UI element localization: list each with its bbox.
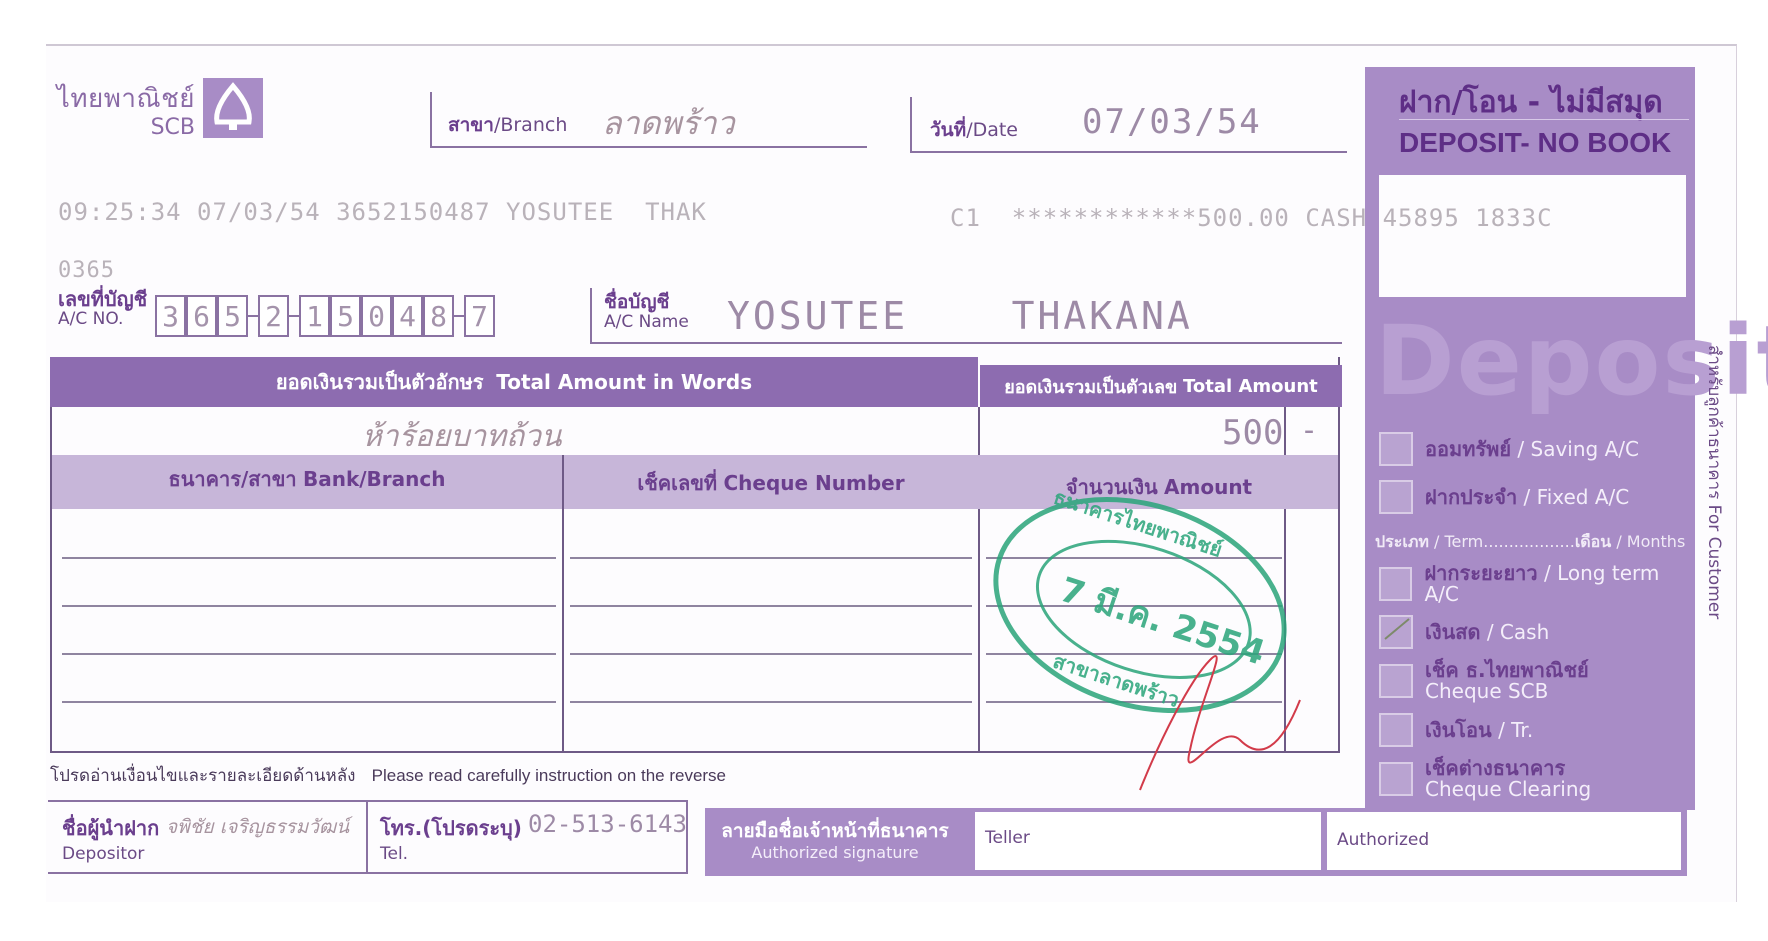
form-title-en: DEPOSIT- NO BOOK — [1399, 127, 1671, 159]
checkbox[interactable] — [1379, 567, 1412, 601]
checkbox[interactable] — [1379, 762, 1413, 796]
account-digit-box[interactable]: 6 — [186, 295, 217, 337]
payment-type-option[interactable]: เงินโอน / Tr. — [1379, 707, 1591, 753]
account-digit-box[interactable]: 4 — [392, 295, 423, 337]
term-line: ประเภท / Term..................เดือน / M… — [1375, 530, 1685, 555]
total-amount-value: 500 — [1222, 413, 1283, 453]
account-digit-box[interactable]: 8 — [423, 295, 454, 337]
account-digit-box[interactable]: 5 — [217, 295, 248, 337]
teller-signature — [1130, 640, 1310, 800]
date-value: 07/03/54 — [1082, 102, 1262, 142]
machine-print-line1-right: C1 ************500.00 CASH 45895 1833C — [950, 204, 1553, 232]
amount-words-value: ห้าร้อยบาทถ้วน — [362, 413, 562, 460]
total-header: ยอดเงินรวมเป็นตัวเลข Total Amount — [980, 365, 1342, 407]
depositor-value: จพิชัย เจริญธรรมวัฒน์ — [166, 812, 349, 842]
bank-name-th: ไทยพาณิชย์ — [52, 78, 195, 119]
scb-leaf-icon — [203, 78, 263, 138]
machine-print-line1: 09:25:34 07/03/54 3652150487 YOSUTEE THA… — [58, 198, 707, 226]
account-digit-box[interactable]: 1 — [299, 295, 330, 337]
form-title-panel: ฝาก/โอน - ไม่มีสมุด DEPOSIT- NO BOOK — [1365, 67, 1695, 175]
side-label: สำหรับลูกค้าธนาคาร For Customer — [1698, 345, 1738, 645]
reverse-notice: โปรดอ่านเงื่อนไขและรายละเอียดด้านหลัง Pl… — [50, 762, 726, 789]
words-header: ยอดเงินรวมเป็นตัวอักษร Total Amount in W… — [50, 357, 978, 407]
account-name-field[interactable]: ชื่อบัญชี A/C Name YOSUTEE THAKANA — [590, 288, 1342, 344]
account-name-value: YOSUTEE THAKANA — [727, 294, 1193, 338]
col-cheque-number: เช็คเลขที่ Cheque Number — [564, 467, 978, 499]
account-digit-box[interactable]: 2 — [258, 295, 289, 337]
options-panel: Deposit ออมทรัพย์ / Saving A/Cฝากประจำ /… — [1365, 297, 1695, 810]
branch-value: ลาดพร้าว — [602, 98, 735, 149]
tel-field[interactable]: โทร.(โปรดระบุ) Tel. 02-513-6143 — [368, 802, 684, 872]
depositor-field[interactable]: ชื่อผู้นำฝาก Depositor จพิชัย เจริญธรรมว… — [48, 802, 368, 872]
teller-signature-field[interactable]: Teller — [975, 812, 1321, 870]
depositor-box: ชื่อผู้นำฝาก Depositor จพิชัย เจริญธรรมว… — [48, 800, 688, 874]
total-amount-decimal: - — [1300, 413, 1318, 448]
account-digit-box[interactable]: 0 — [361, 295, 392, 337]
tel-value: 02-513-6143 — [528, 810, 687, 838]
checkbox[interactable] — [1379, 713, 1413, 747]
digit-separator — [454, 315, 464, 317]
checkbox[interactable] — [1379, 432, 1413, 466]
bank-logo-text: ไทยพาณิชย์ SCB — [52, 78, 195, 140]
account-digit-box[interactable]: 3 — [155, 295, 186, 337]
authorized-label: ลายมือชื่อเจ้าหน้าที่ธนาคาร Authorized s… — [705, 820, 965, 862]
col-bank-branch: ธนาคาร/สาขา Bank/Branch — [52, 463, 562, 495]
account-type-option[interactable]: ออมทรัพย์ / Saving A/C — [1379, 425, 1639, 473]
branch-field[interactable]: สาขา/Branch ลาดพร้าว — [430, 92, 867, 148]
digit-separator — [248, 315, 258, 317]
checkbox[interactable] — [1379, 664, 1413, 698]
authorized-signature-field[interactable]: Authorized — [1327, 812, 1681, 870]
checkbox[interactable] — [1379, 480, 1413, 514]
payment-type-option[interactable]: เงินสด / Cash — [1379, 609, 1591, 655]
payment-type-option[interactable]: เช็คต่างธนาคารCheque Clearing — [1379, 753, 1591, 805]
machine-print-line2: 0365 — [58, 258, 115, 283]
account-type-option[interactable]: ฝากระยะยาว / Long term A/C — [1379, 560, 1695, 608]
account-type-option[interactable]: ฝากประจำ / Fixed A/C — [1379, 473, 1639, 521]
payment-type-option[interactable]: เช็ค ธ.ไทยพาณิชย์Cheque SCB — [1379, 655, 1591, 707]
account-digit-box[interactable]: 5 — [330, 295, 361, 337]
account-number-label: เลขที่บัญชี A/C NO. — [58, 288, 147, 329]
digit-separator — [289, 315, 299, 317]
authorized-signature-bar: ลายมือชื่อเจ้าหน้าที่ธนาคาร Authorized s… — [705, 808, 1687, 876]
checkbox-checked[interactable] — [1379, 615, 1413, 649]
account-digit-box[interactable]: 7 — [464, 295, 495, 337]
account-number-boxes[interactable]: 3652150487 — [155, 295, 495, 337]
date-field[interactable]: วันที่/Date 07/03/54 — [910, 97, 1347, 153]
